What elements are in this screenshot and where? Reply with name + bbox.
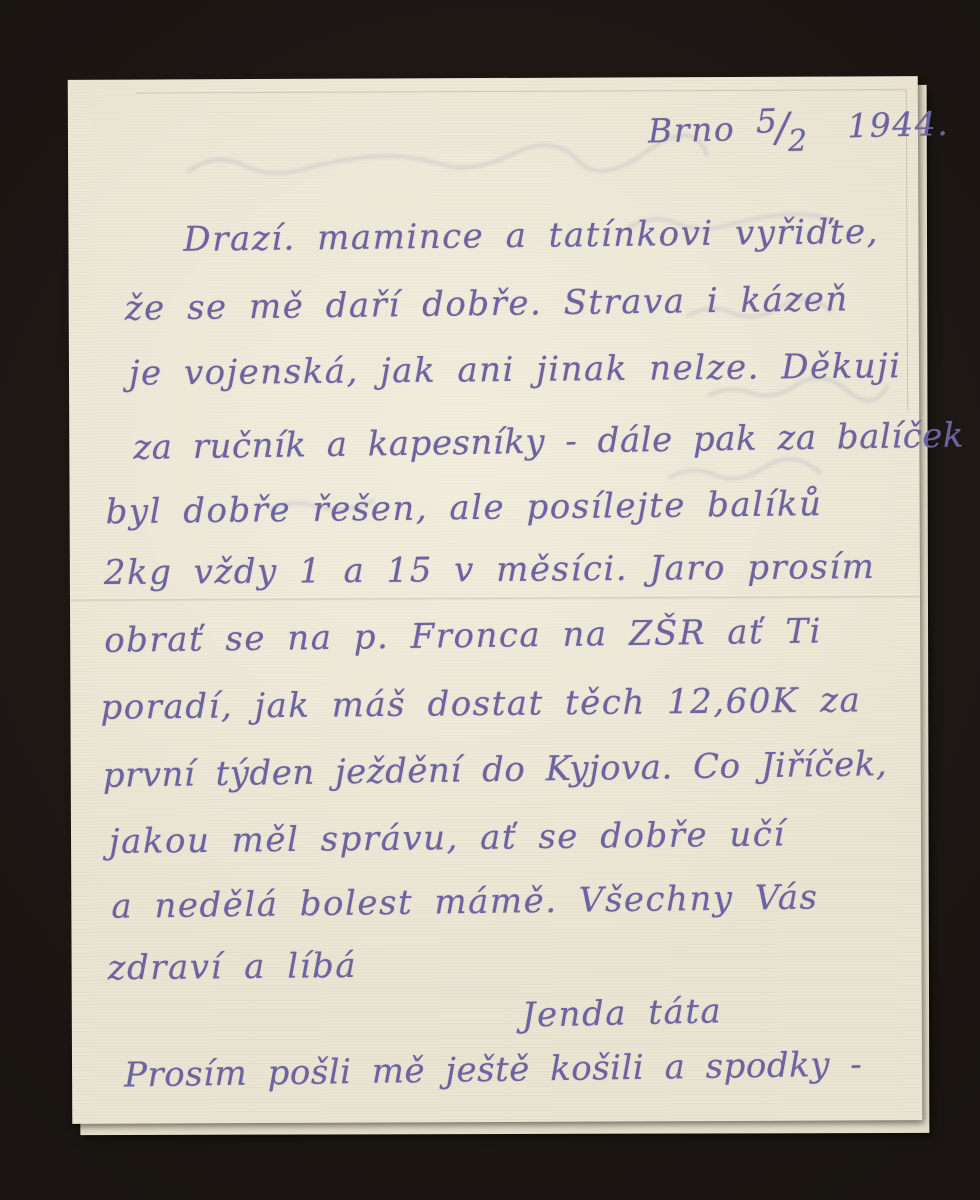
- date-city: Brno: [648, 109, 736, 150]
- date-line: Brno 5/2 1944.: [647, 99, 949, 153]
- letter-line: a nedělá bolest mámě. Všechny Vás: [111, 878, 819, 927]
- letter-line: 2kg vždy 1 a 15 v měsíci. Jaro prosím: [104, 547, 876, 593]
- letter-line: za ručník a kapesníky - dále pak za balí…: [133, 416, 964, 468]
- letter-line: poradí, jak máš dostat těch 12,60K za: [100, 680, 861, 727]
- postscript-line: Prosím pošli mě ještě košili a spodky -: [124, 1045, 863, 1096]
- date-month: 2: [788, 123, 809, 159]
- fold-crease: [70, 594, 920, 602]
- letter-line: jakou měl správu, ať se dobře učí: [109, 814, 786, 862]
- signature: Jenda táta: [521, 991, 722, 1035]
- date-year: 1944.: [847, 104, 950, 146]
- letter-line: že se mě daří dobře. Strava i kázeň: [124, 279, 849, 328]
- letter-line: první týden ježdění do Kyjova. Co Jiříče…: [102, 744, 887, 796]
- letter-page: Brno 5/2 1944. Drazí. mamince a tatínkov…: [68, 76, 923, 1124]
- photo-background: Brno 5/2 1944. Drazí. mamince a tatínkov…: [0, 0, 980, 1200]
- letter-line: je vojenská, jak ani jinak nelze. Děkuji: [129, 346, 902, 393]
- letter-line: byl dobře řešen, ale posílejte balíků: [105, 484, 822, 532]
- letter-line: Drazí. mamince a tatínkovi vyřiďte,: [183, 212, 879, 260]
- letter-line: obrať se na p. Fronca na ZŠR ať Ti: [104, 611, 822, 660]
- letter-line: zdraví a líbá: [107, 946, 357, 988]
